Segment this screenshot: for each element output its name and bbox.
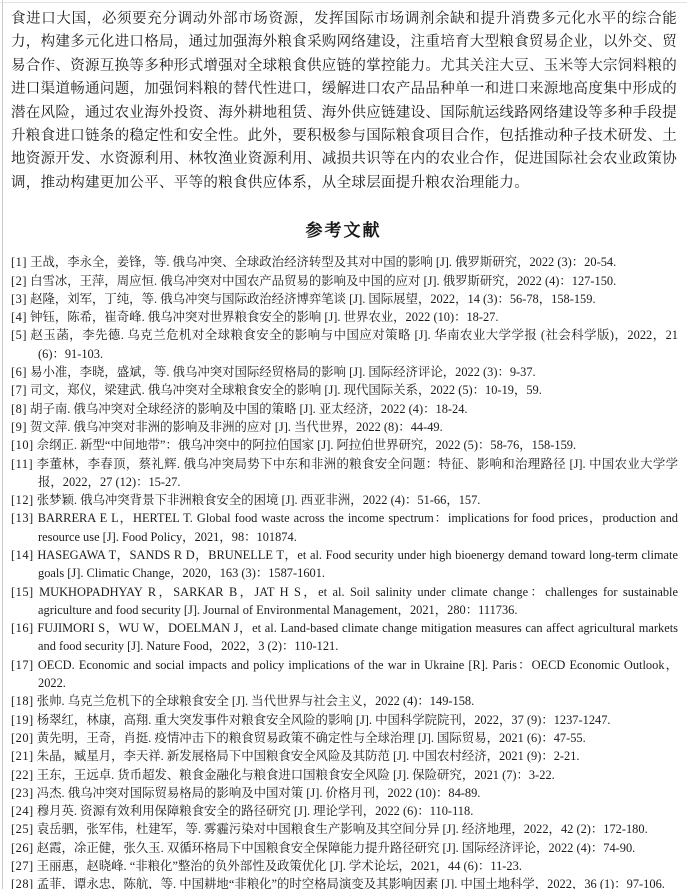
- reference-number: [10]: [11, 438, 34, 452]
- reference-number: [2]: [11, 274, 27, 288]
- reference-item: [19] 杨翠红，林康，高翔. 重大突发事件对粮食安全风险的影响 [J]. 中国…: [11, 711, 678, 729]
- reference-item: [22] 王东，王远卓. 货币超发、粮食金融化与粮食进口国粮食安全风险 [J].…: [11, 766, 678, 784]
- reference-text: 胡子南. 俄乌冲突对全球经济的影响及中国的策略 [J]. 亚太经济，2022 (…: [30, 402, 467, 416]
- reference-text: 袁岳驷，张军伟，杜建军，等. 雾霾污染对中国粮食生产影响及其空间分异 [J]. …: [37, 822, 648, 836]
- reference-text: FUJIMORI S，WU W，DOELMAN J，et al. Land-ba…: [37, 621, 678, 653]
- reference-item: [20] 黄先明，王奇，肖挺. 疫情冲击下的粮食贸易政策不确定性与全球治理 [J…: [11, 729, 678, 747]
- reference-number: [3]: [11, 292, 27, 306]
- reference-item: [9] 贺文萍. 俄乌冲突对非洲的影响及非洲的应对 [J]. 当代世界，2022…: [11, 418, 678, 436]
- reference-text: 赵玉菡，李先德. 乌克兰危机对全球粮食安全的影响与中国应对策略 [J]. 华南农…: [31, 328, 678, 360]
- reference-text: 贺文萍. 俄乌冲突对非洲的影响及非洲的应对 [J]. 当代世界，2022 (8)…: [30, 420, 443, 434]
- reference-item: [4] 钟钰，陈希，崔奇峰. 俄乌冲突对世界粮食安全的影响 [J]. 世界农业，…: [11, 308, 678, 326]
- reference-item: [7] 司文，郑仪，梁建武. 俄乌冲突对全球粮食安全的影响 [J]. 现代国际关…: [11, 381, 678, 399]
- reference-item: [16] FUJIMORI S，WU W，DOELMAN J，et al. La…: [11, 619, 678, 656]
- reference-list: [1] 王战，李永全，姜锋，等. 俄乌冲突、全球政治经济转型及其对中国的影响 […: [0, 253, 687, 889]
- reference-item: [21] 朱晶，臧星月，李天祥. 新发展格局下中国粮食安全风险及其防范 [J].…: [11, 747, 678, 765]
- reference-number: [12]: [11, 493, 34, 507]
- reference-item: [27] 王丽惠，赵晓峰. “非粮化”整治的负外部性及政策优化 [J]. 学术论…: [11, 857, 678, 875]
- reference-number: [24]: [11, 804, 34, 818]
- reference-text: 王丽惠，赵晓峰. “非粮化”整治的负外部性及政策优化 [J]. 学术论坛，202…: [37, 859, 522, 873]
- reference-text: 易小准，李晓，盛斌，等. 俄乌冲突对国际经贸格局的影响 [J]. 国际经济评论，…: [30, 365, 536, 379]
- reference-text: 张梦颖. 俄乌冲突背景下非洲粮食安全的困境 [J]. 西亚非洲，2022 (4)…: [37, 493, 481, 507]
- reference-item: [26] 赵霞，凃正健，张久玉. 双循环格局下中国粮食安全保障能力提升路径研究 …: [11, 839, 678, 857]
- reference-item: [14] HASEGAWA T，SANDS R D，BRUNELLE T，et …: [11, 546, 678, 583]
- reference-item: [3] 赵隆，刘军，丁纯，等. 俄乌冲突与国际政治经济博弈笔谈 [J]. 国际展…: [11, 290, 678, 308]
- reference-item: [12] 张梦颖. 俄乌冲突背景下非洲粮食安全的困境 [J]. 西亚非洲，202…: [11, 491, 678, 509]
- reference-number: [16]: [11, 621, 34, 635]
- reference-item: [15] MUKHOPADHYAY R，SARKAR B，JAT H S，et …: [11, 583, 678, 620]
- reference-number: [17]: [11, 658, 34, 672]
- reference-number: [27]: [11, 859, 34, 873]
- page-edge-left: [2, 0, 3, 889]
- reference-text: BARRERA E L，HERTEL T. Global food waste …: [38, 511, 678, 543]
- body-paragraph: 食进口大国，必须要充分调动外部市场资源，发挥国际市场调剂余缺和提升消费多元化水平…: [0, 0, 687, 195]
- reference-text: 赵隆，刘军，丁纯，等. 俄乌冲突与国际政治经济博弈笔谈 [J]. 国际展望，20…: [30, 292, 595, 306]
- reference-text: HASEGAWA T，SANDS R D，BRUNELLE T，et al. F…: [37, 548, 678, 580]
- reference-text: 孟菲，谭永忠，陈航，等. 中国耕地“非粮化”的时空格局演变及其影响因素 [J].…: [37, 877, 665, 889]
- reference-number: [22]: [11, 768, 34, 782]
- references-heading: 参考文献: [0, 216, 687, 241]
- reference-number: [1]: [11, 255, 27, 269]
- reference-item: [1] 王战，李永全，姜锋，等. 俄乌冲突、全球政治经济转型及其对中国的影响 […: [11, 253, 678, 271]
- reference-text: OECD. Economic and social impacts and po…: [38, 658, 678, 690]
- reference-number: [4]: [11, 310, 27, 324]
- reference-number: [7]: [11, 383, 27, 397]
- reference-number: [15]: [11, 585, 34, 599]
- reference-number: [11]: [11, 457, 33, 471]
- reference-text: 穆月英. 资源有效利用保障粮食安全的路径研究 [J]. 理论学刊，2022 (6…: [37, 804, 474, 818]
- reference-item: [18] 张帅. 乌克兰危机下的全球粮食安全 [J]. 当代世界与社会主义，20…: [11, 692, 678, 710]
- reference-text: 钟钰，陈希，崔奇峰. 俄乌冲突对世界粮食安全的影响 [J]. 世界农业，2022…: [30, 310, 498, 324]
- reference-text: 王战，李永全，姜锋，等. 俄乌冲突、全球政治经济转型及其对中国的影响 [J]. …: [30, 255, 616, 269]
- reference-item: [13] BARRERA E L，HERTEL T. Global food w…: [11, 509, 678, 546]
- reference-number: [5]: [11, 328, 27, 342]
- reference-number: [28]: [11, 877, 34, 889]
- reference-number: [26]: [11, 841, 34, 855]
- reference-item: [6] 易小准，李晓，盛斌，等. 俄乌冲突对国际经贸格局的影响 [J]. 国际经…: [11, 363, 678, 381]
- reference-text: 张帅. 乌克兰危机下的全球粮食安全 [J]. 当代世界与社会主义，2022 (4…: [37, 694, 474, 708]
- reference-number: [8]: [11, 402, 27, 416]
- page-edge-top: [0, 2, 687, 3]
- reference-text: 佘纲正. 新型“中间地带”：俄乌冲突中的阿拉伯国家 [J]. 阿拉伯世界研究，2…: [37, 438, 576, 452]
- reference-number: [9]: [11, 420, 27, 434]
- reference-item: [8] 胡子南. 俄乌冲突对全球经济的影响及中国的策略 [J]. 亚太经济，20…: [11, 400, 678, 418]
- reference-item: [5] 赵玉菡，李先德. 乌克兰危机对全球粮食安全的影响与中国应对策略 [J].…: [11, 326, 678, 363]
- reference-text: 黄先明，王奇，肖挺. 疫情冲击下的粮食贸易政策不确定性与全球治理 [J]. 国际…: [37, 731, 586, 745]
- reference-number: [14]: [11, 548, 34, 562]
- reference-number: [23]: [11, 786, 34, 800]
- reference-text: 白雪冰，王萍，周应恒. 俄乌冲突对中国农产品贸易的影响及中国的应对 [J]. 俄…: [30, 274, 616, 288]
- reference-number: [6]: [11, 365, 27, 379]
- reference-text: 杨翠红，林康，高翔. 重大突发事件对粮食安全风险的影响 [J]. 中国科学院院刊…: [37, 713, 611, 727]
- reference-number: [20]: [11, 731, 34, 745]
- reference-item: [10] 佘纲正. 新型“中间地带”：俄乌冲突中的阿拉伯国家 [J]. 阿拉伯世…: [11, 436, 678, 454]
- reference-number: [19]: [11, 713, 34, 727]
- reference-number: [25]: [11, 822, 34, 836]
- reference-item: [11] 李董林，李春顶，蔡礼辉. 俄乌冲突局势下中东和非洲的粮食安全问题：特征…: [11, 455, 678, 492]
- reference-text: 王东，王远卓. 货币超发、粮食金融化与粮食进口国粮食安全风险 [J]. 保险研究…: [37, 768, 555, 782]
- reference-item: [17] OECD. Economic and social impacts a…: [11, 656, 678, 693]
- reference-item: [2] 白雪冰，王萍，周应恒. 俄乌冲突对中国农产品贸易的影响及中国的应对 [J…: [11, 272, 678, 290]
- reference-number: [13]: [11, 511, 34, 525]
- reference-item: [23] 冯杰. 俄乌冲突对国际贸易格局的影响及中国对策 [J]. 价格月刊，2…: [11, 784, 678, 802]
- reference-text: 赵霞，凃正健，张久玉. 双循环格局下中国粮食安全保障能力提升路径研究 [J]. …: [37, 841, 636, 855]
- document-page: 食进口大国，必须要充分调动外部市场资源，发挥国际市场调剂余缺和提升消费多元化水平…: [0, 0, 687, 889]
- reference-number: [21]: [11, 749, 34, 763]
- reference-text: 冯杰. 俄乌冲突对国际贸易格局的影响及中国对策 [J]. 价格月刊，2022 (…: [37, 786, 481, 800]
- reference-text: 朱晶，臧星月，李天祥. 新发展格局下中国粮食安全风险及其防范 [J]. 中国农村…: [37, 749, 580, 763]
- reference-item: [24] 穆月英. 资源有效利用保障粮食安全的路径研究 [J]. 理论学刊，20…: [11, 802, 678, 820]
- reference-number: [18]: [11, 694, 34, 708]
- reference-text: 司文，郑仪，梁建武. 俄乌冲突对全球粮食安全的影响 [J]. 现代国际关系，20…: [30, 383, 542, 397]
- reference-item: [28] 孟菲，谭永忠，陈航，等. 中国耕地“非粮化”的时空格局演变及其影响因素…: [11, 875, 678, 889]
- reference-text: 李董林，李春顶，蔡礼辉. 俄乌冲突局势下中东和非洲的粮食安全问题：特征、影响和治…: [37, 457, 678, 489]
- reference-item: [25] 袁岳驷，张军伟，杜建军，等. 雾霾污染对中国粮食生产影响及其空间分异 …: [11, 820, 678, 838]
- reference-text: MUKHOPADHYAY R，SARKAR B，JAT H S，et al. S…: [38, 585, 678, 617]
